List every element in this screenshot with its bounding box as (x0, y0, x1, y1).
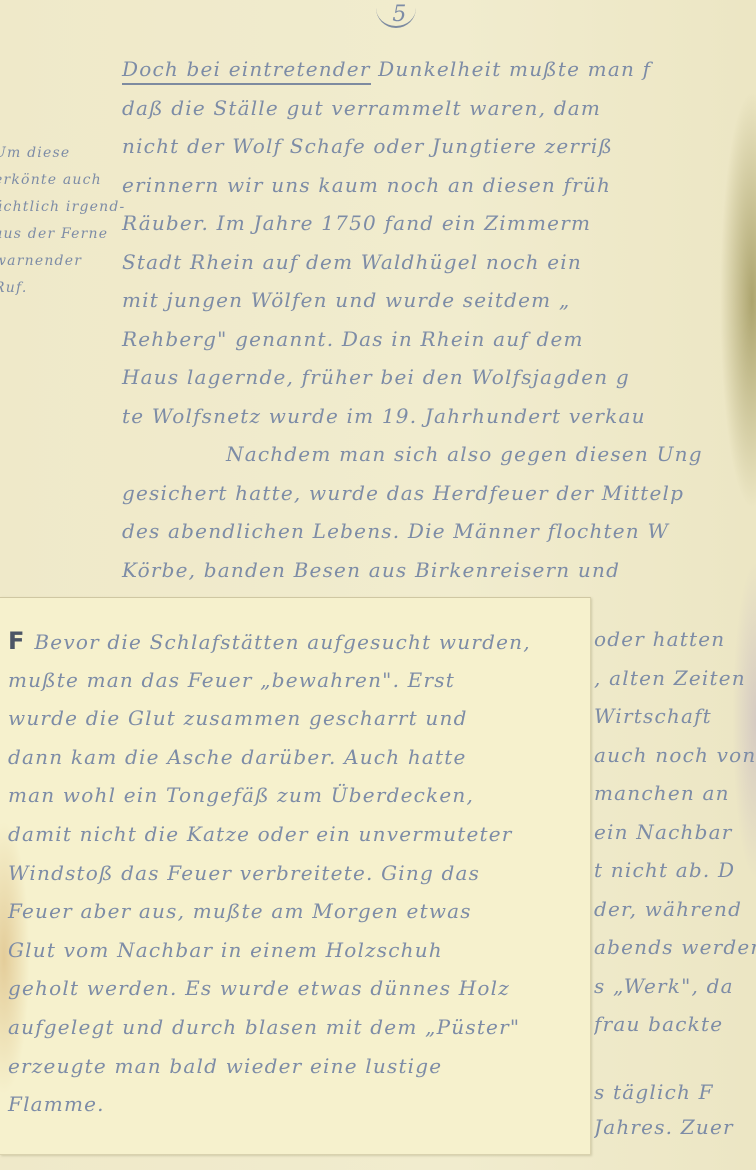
main-text-line: Körbe, banden Besen aus Birkenreisern un… (122, 551, 756, 590)
covered-text-line: der, während (594, 890, 756, 929)
partially-covered-text: oder hatten , alten Zeiten Wirtschaft au… (594, 620, 756, 1146)
pasted-note-slip: FBevor die Schlafstätten aufgesucht wurd… (0, 597, 591, 1155)
note-text-line: damit nicht die Katze oder ein unvermute… (8, 815, 531, 854)
main-text-line: te Wolfsnetz wurde im 19. Jahrhundert ve… (122, 397, 756, 436)
note-text-line: erzeugte man bald wieder eine lustige (8, 1047, 531, 1086)
line-text: Dunkelheit mußte man f (371, 57, 652, 81)
main-text-line: des abendlichen Lebens. Die Männer floch… (122, 512, 756, 551)
margin-note-line: Um diese (0, 140, 124, 167)
paragraph-start-line: Nachdem man sich also gegen diesen Ung (122, 435, 756, 474)
main-text-line: gesichert hatte, wurde das Herdfeuer der… (122, 474, 756, 513)
underlined-phrase: Doch bei eintretender (122, 57, 371, 85)
note-text-body: FBevor die Schlafstätten aufgesucht wurd… (8, 622, 531, 1124)
note-text-line: dann kam die Asche darüber. Auch hatte (8, 738, 531, 777)
main-text-line: Haus lagernde, früher bei den Wolfsjagde… (122, 358, 756, 397)
note-text-line: Windstoß das Feuer verbreitete. Ging das (8, 854, 531, 893)
main-text-line: Stadt Rhein auf dem Waldhügel noch ein (122, 243, 756, 282)
margin-note-line: Ruf. (0, 275, 124, 302)
note-text-line: aufgelegt und durch blasen mit dem „Püst… (8, 1008, 531, 1047)
main-text-line: erinnern wir uns kaum noch an diesen frü… (122, 166, 756, 205)
note-text-line: Flamme. (8, 1085, 531, 1124)
main-text-line: Doch bei eintretender Dunkelheit mußte m… (122, 50, 756, 89)
covered-text-line: manchen an (594, 774, 756, 813)
covered-text-line: oder hatten (594, 620, 756, 659)
note-text-line: man wohl ein Tongefäß zum Überdecken, (8, 776, 531, 815)
note-text-line: mußte man das Feuer „bewahren". Erst (8, 661, 531, 700)
note-text-line: wurde die Glut zusammen gescharrt und (8, 699, 531, 738)
covered-text-line: Jahres. Zuer (594, 1108, 756, 1147)
line-text: Bevor die Schlafstätten aufgesucht wurde… (34, 630, 530, 654)
page-number: 5 (380, 2, 420, 28)
main-text-line: daß die Ställe gut verrammelt waren, dam (122, 89, 756, 128)
note-text-line: Glut vom Nachbar in einem Holzschuh (8, 931, 531, 970)
covered-text-line: , alten Zeiten (594, 659, 756, 698)
covered-text-line: abends werden (594, 928, 756, 967)
main-text-line: mit jungen Wölfen und wurde seitdem „ (122, 281, 756, 320)
main-text-line: Räuber. Im Jahre 1750 fand ein Zimmerm (122, 204, 756, 243)
note-text-line: FBevor die Schlafstätten aufgesucht wurd… (8, 622, 531, 661)
covered-text-line: Wirtschaft (594, 697, 756, 736)
margin-note-line: erkönte auch (0, 167, 124, 194)
margin-note-line: ächtlich irgend- (0, 194, 124, 221)
margin-note: Um diese erkönte auch ächtlich irgend- a… (0, 140, 124, 302)
covered-text-line: s täglich F (594, 1044, 756, 1108)
covered-text-line: t nicht ab. D (594, 851, 756, 890)
main-text-line: nicht der Wolf Schafe oder Jungtiere zer… (122, 127, 756, 166)
covered-text-line: ein Nachbar (594, 813, 756, 852)
covered-text-line: frau backte (594, 1005, 756, 1044)
margin-note-line: aus der Ferne (0, 221, 124, 248)
note-text-line: Feuer aber aus, mußte am Morgen etwas (8, 892, 531, 931)
main-text-body: Doch bei eintretender Dunkelheit mußte m… (122, 50, 756, 589)
insertion-marker: F (8, 627, 24, 655)
covered-text-line: auch noch von (594, 736, 756, 775)
note-text-line: geholt werden. Es wurde etwas dünnes Hol… (8, 969, 531, 1008)
main-text-line: Rehberg" genannt. Das in Rhein auf dem (122, 320, 756, 359)
manuscript-page: 5 Um diese erkönte auch ächtlich irgend-… (0, 0, 756, 1170)
covered-text-line: s „Werk", da (594, 967, 756, 1006)
margin-note-line: warnender (0, 248, 124, 275)
